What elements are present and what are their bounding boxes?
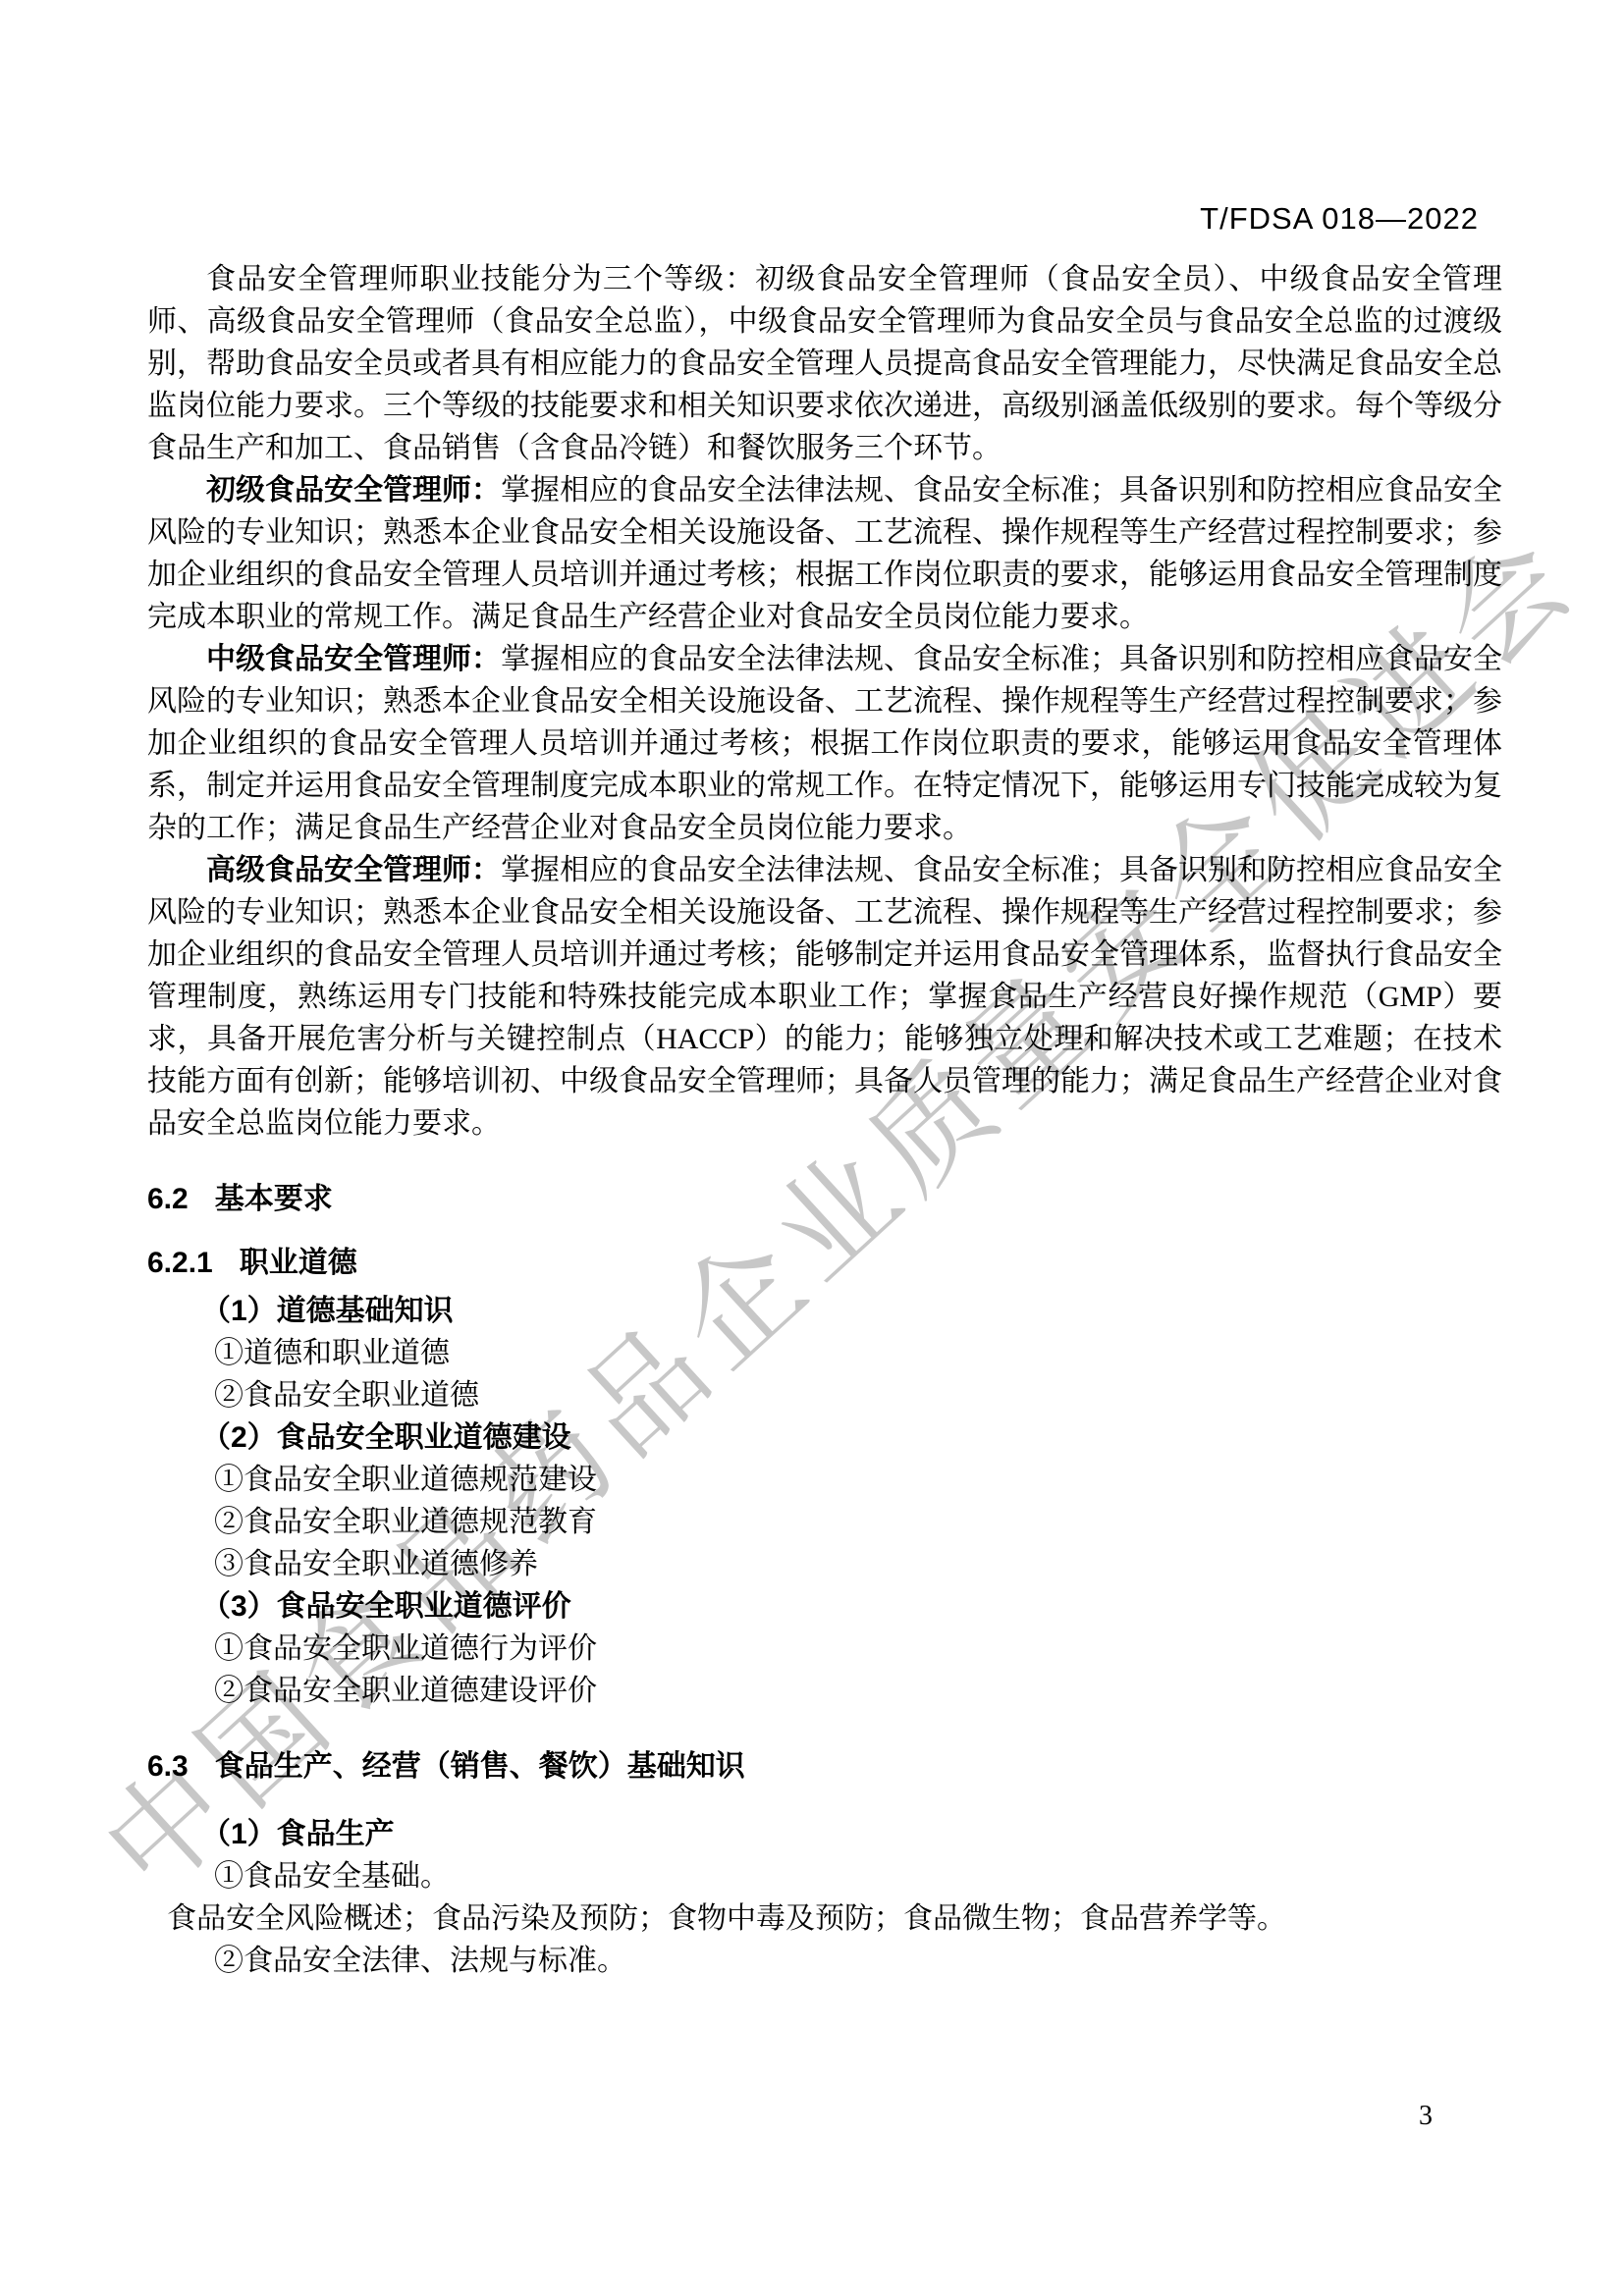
list-item: ②食品安全职业道德 [214,1374,1502,1416]
body-paragraph: 初级食品安全管理师：掌握相应的食品安全法律法规、食品安全标准；具备识别和防控相应… [147,469,1502,638]
paragraph-text: 食品安全管理师职业技能分为三个等级：初级食品安全管理师（食品安全员）、中级食品安… [147,263,1502,464]
page-number: 3 [1419,2101,1433,2132]
section-heading-6-2: 6.2基本要求 [147,1178,1502,1220]
section-heading-6-3: 6.3食品生产、经营（销售、餐饮）基础知识 [147,1745,1502,1788]
list-item: （2）食品安全职业道德建设 [201,1416,1502,1459]
list-item: （1）道德基础知识 [201,1290,1502,1332]
list-item: ①食品安全基础。 [214,1855,1502,1897]
list-item: ①食品安全职业道德规范建设 [214,1459,1502,1501]
paragraph-lead: 初级食品安全管理师： [206,474,501,507]
moral-knowledge-list: （1）道德基础知识 ①道德和职业道德 ②食品安全职业道德 （2）食品安全职业道德… [147,1290,1502,1712]
standard-code-header: T/FDSA 018—2022 [1200,201,1479,237]
production-knowledge-list: （1）食品生产 ①食品安全基础。 食品安全风险概述；食品污染及预防；食物中毒及预… [147,1813,1502,1982]
paragraph-lead: 高级食品安全管理师： [206,854,501,886]
section-heading-6-2-1: 6.2.1职业道德 [147,1242,1502,1284]
body-paragraph: 中级食品安全管理师：掌握相应的食品安全法律法规、食品安全标准；具备识别和防控相应… [147,638,1502,849]
list-item: ②食品安全职业道德规范教育 [214,1501,1502,1543]
section-title: 食品生产、经营（销售、餐饮）基础知识 [215,1750,745,1783]
section-title: 职业道德 [240,1247,357,1279]
body-paragraph: 高级食品安全管理师：掌握相应的食品安全法律法规、食品安全标准；具备识别和防控相应… [147,849,1502,1145]
section-number: 6.2.1 [147,1247,213,1279]
list-item: （1）食品生产 [201,1813,1502,1855]
body-paragraph: 食品安全管理师职业技能分为三个等级：初级食品安全管理师（食品安全员）、中级食品安… [147,258,1502,469]
paragraph-text: 掌握相应的食品安全法律法规、食品安全标准；具备识别和防控相应食品安全风险的专业知… [147,854,1502,1140]
list-item: 食品安全风险概述；食品污染及预防；食物中毒及预防；食品微生物；食品营养学等。 [167,1897,1502,1940]
list-item: ①道德和职业道德 [214,1332,1502,1374]
list-item: ②食品安全职业道德建设评价 [214,1670,1502,1712]
section-number: 6.3 [147,1750,189,1783]
list-item: ②食品安全法律、法规与标准。 [214,1940,1502,1982]
paragraph-lead: 中级食品安全管理师： [206,643,501,675]
section-title: 基本要求 [215,1183,333,1215]
list-item: ③食品安全职业道德修养 [214,1543,1502,1585]
list-item: （3）食品安全职业道德评价 [201,1585,1502,1628]
section-number: 6.2 [147,1183,189,1215]
document-page: 中国食品药品企业质量安全促进会 T/FDSA 018—2022 食品安全管理师职… [0,0,1624,2296]
list-item: ①食品安全职业道德行为评价 [214,1628,1502,1670]
page-content: 食品安全管理师职业技能分为三个等级：初级食品安全管理师（食品安全员）、中级食品安… [147,258,1502,1982]
